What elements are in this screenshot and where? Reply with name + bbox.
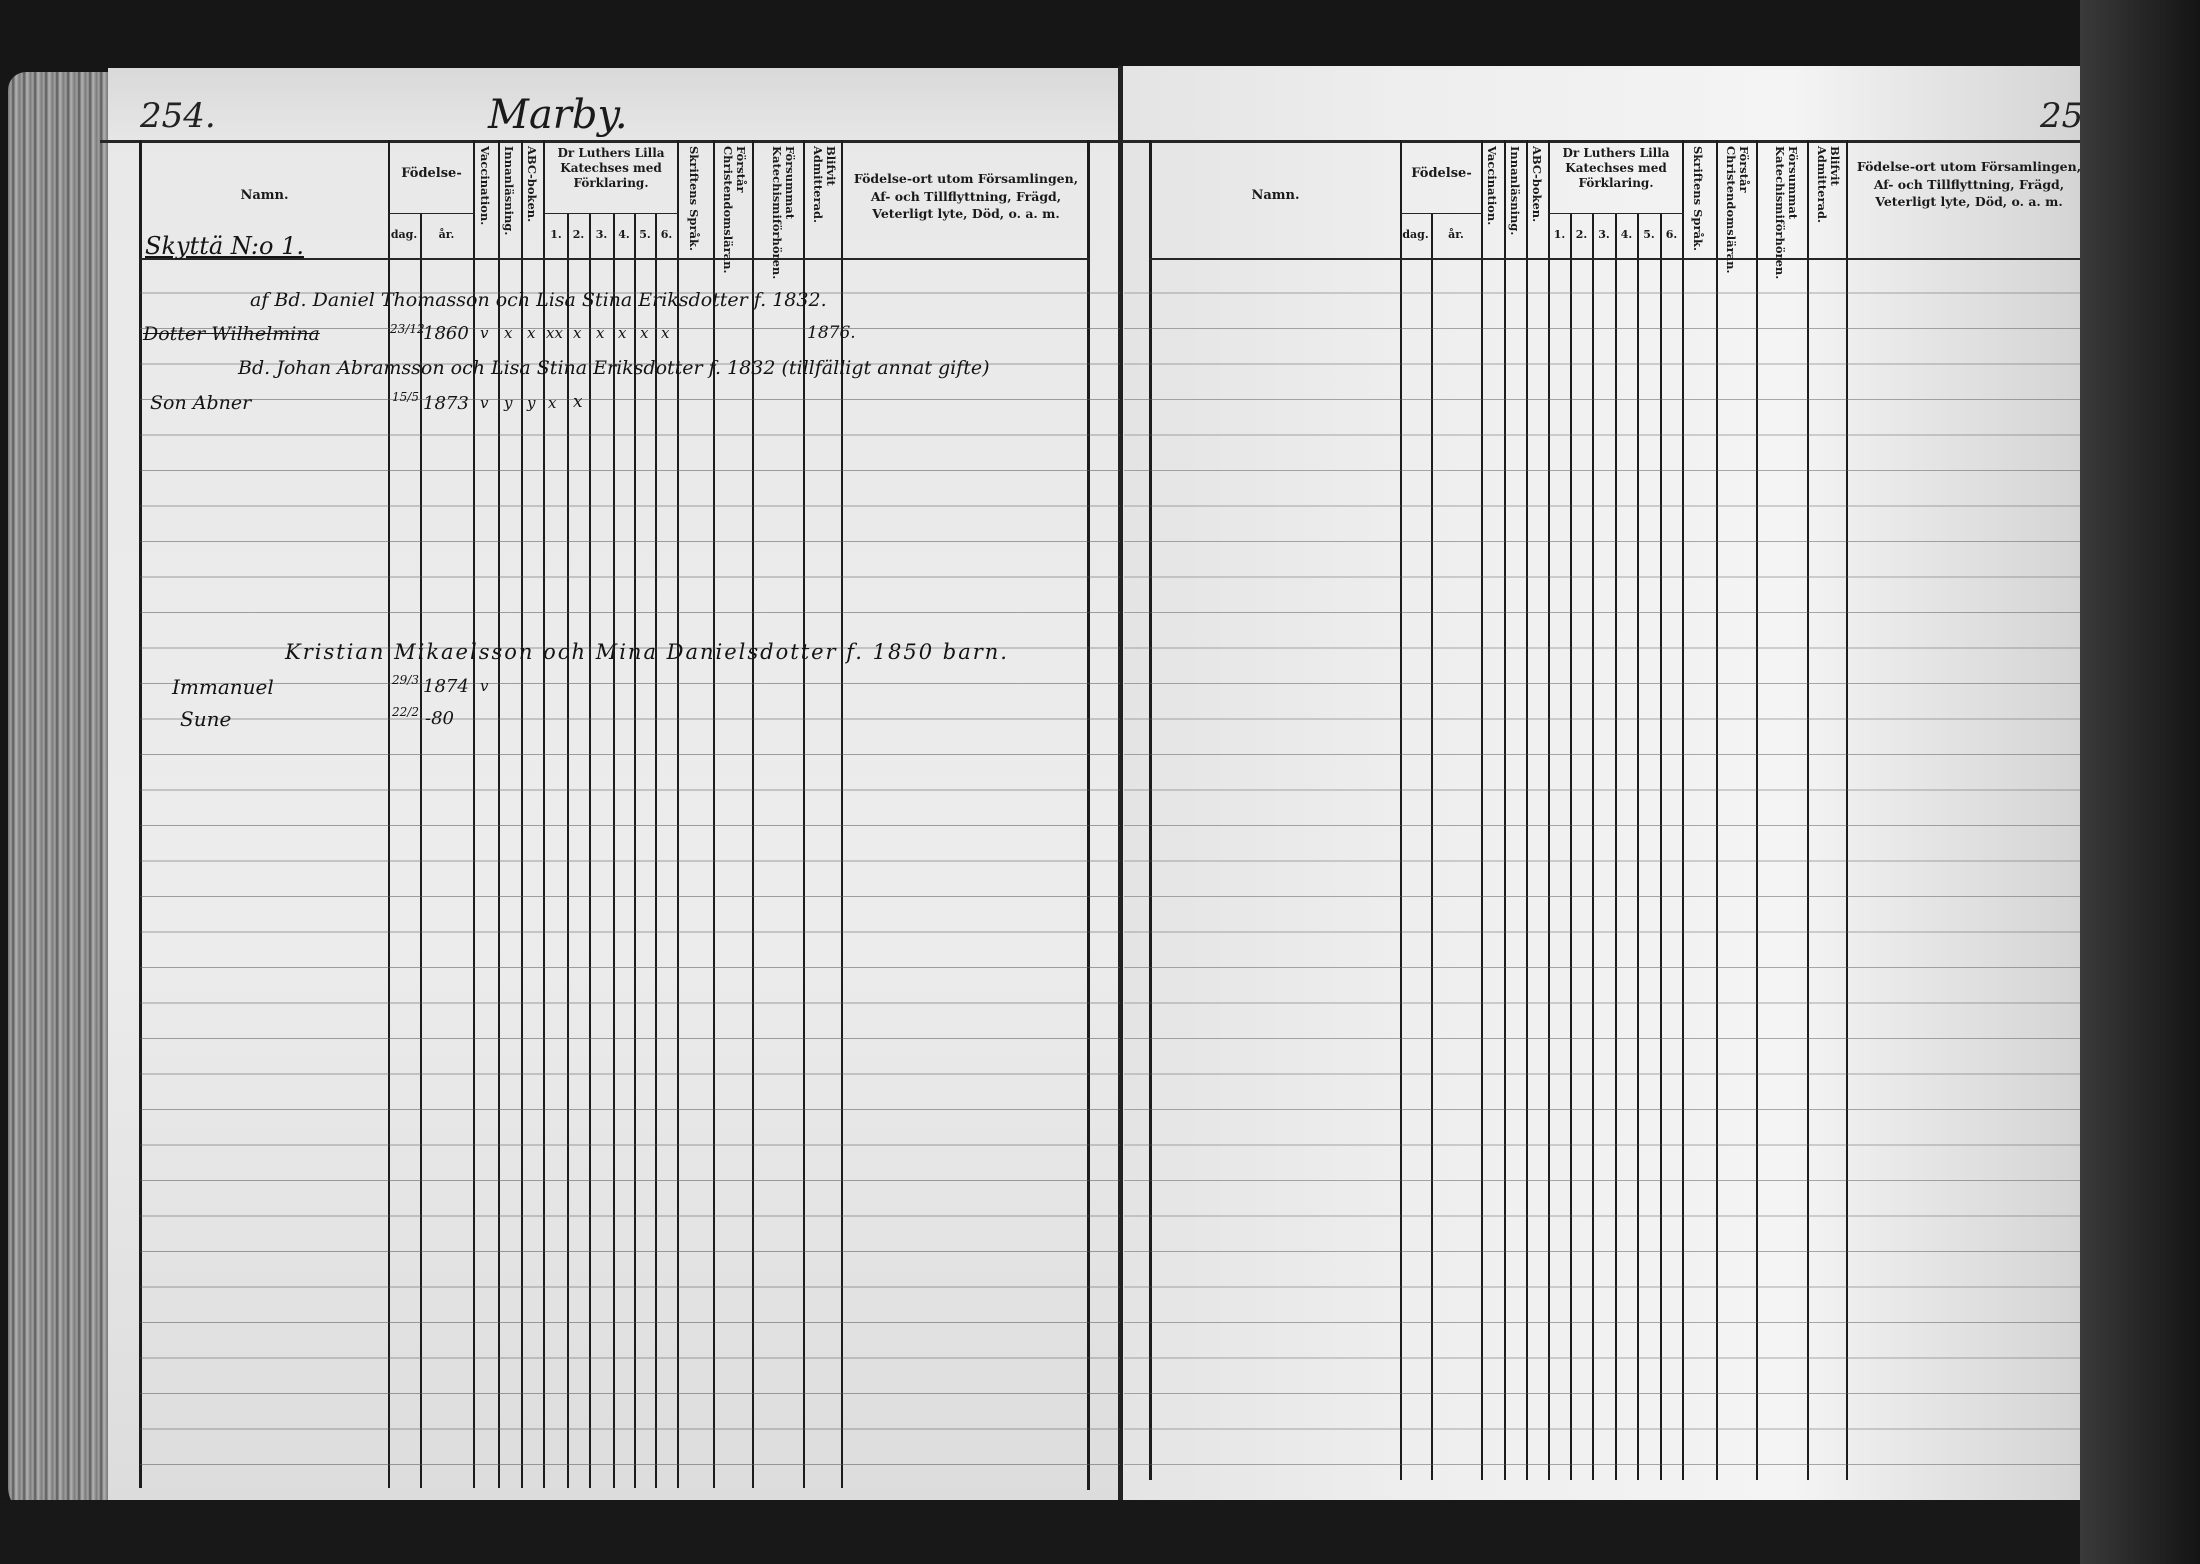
entry-admitted: 1876. bbox=[807, 323, 856, 343]
scan-background-right bbox=[2080, 0, 2200, 1564]
header-vaccination: Vaccination. bbox=[478, 146, 491, 254]
header-forsummat: Försummat Katechismiförhören. bbox=[1765, 146, 1799, 254]
right-top-rule bbox=[1122, 140, 2112, 143]
header-num-3: 3. bbox=[1593, 228, 1615, 242]
entry-child-dag: 22/2 bbox=[392, 705, 419, 719]
entry-mark-2: x bbox=[573, 324, 581, 342]
header-forstar: Förstår Christendomsläran. bbox=[1722, 146, 1750, 254]
header-luther: Dr Luthers Lilla Katechses med Förklarin… bbox=[545, 146, 677, 191]
fodelse-divider bbox=[1400, 213, 1483, 214]
header-num-4: 4. bbox=[614, 228, 634, 242]
header-abc-boken: ABC-boken. bbox=[525, 146, 538, 254]
entry-child-dag: 15/5 bbox=[392, 390, 419, 404]
entry-child-ar: 1873 bbox=[423, 393, 469, 414]
entry-child-name: Son Abner bbox=[150, 392, 251, 414]
farm-heading: Skyttä N:o 1. bbox=[145, 232, 304, 260]
entry-child-ar: 1874 bbox=[423, 676, 469, 697]
ruled-lines bbox=[1124, 258, 2100, 1480]
entry-mark-4: x bbox=[618, 324, 626, 342]
header-abc-boken: ABC-boken. bbox=[1530, 146, 1543, 254]
entry-mark-6: x bbox=[661, 324, 669, 342]
header-num-5: 5. bbox=[635, 228, 655, 242]
entry-parents-1: af Bd. Daniel Thomasson och Lisa Stina E… bbox=[250, 289, 827, 311]
header-namn: Namn. bbox=[141, 188, 388, 205]
entry-parents-3: Kristian Mikaelsson och Mina Danielsdott… bbox=[285, 640, 1009, 664]
header-skriftens-sprak: Skriftens Språk. bbox=[1691, 146, 1704, 254]
header-forstar: Förstår Christendomsläran. bbox=[719, 146, 747, 254]
entry-child-dag: 23/12 bbox=[390, 322, 425, 336]
header-num-5: 5. bbox=[1638, 228, 1660, 242]
entry-mark-innanlasning: x bbox=[504, 324, 512, 342]
header-num-1: 1. bbox=[545, 228, 567, 242]
entry-child-name: Sune bbox=[180, 707, 231, 731]
header-innanlasning: Innanläsning. bbox=[502, 146, 515, 254]
entry-child-name: Dotter Wilhelmina bbox=[143, 323, 320, 345]
header-fodelseort: Födelse-ort utom Församlingen, Af- och T… bbox=[1852, 158, 2086, 211]
entry-mark-vaccination: v bbox=[480, 324, 488, 342]
luther-divider bbox=[543, 213, 679, 214]
entry-mark-2: x bbox=[573, 392, 583, 412]
fodelse-divider bbox=[388, 213, 475, 214]
entry-child-name: Immanuel bbox=[172, 675, 274, 699]
header-num-6: 6. bbox=[1661, 228, 1682, 242]
left-top-rule bbox=[100, 140, 1120, 143]
entry-mark-abc: y bbox=[527, 394, 535, 412]
ruled-lines bbox=[140, 258, 1120, 1488]
header-forsummat: Försummat Katechismiförhören. bbox=[762, 146, 796, 254]
entry-mark-vaccination: v bbox=[480, 394, 488, 412]
scan-background-bottom bbox=[0, 1500, 2200, 1564]
header-num-1: 1. bbox=[1549, 228, 1570, 242]
header-num-3: 3. bbox=[590, 228, 613, 242]
parish-heading: Marby. bbox=[488, 92, 628, 138]
header-ar: år. bbox=[420, 228, 473, 242]
entry-mark-abc: x bbox=[527, 324, 535, 342]
entry-child-ar: -80 bbox=[425, 708, 454, 729]
entry-mark-1: x bbox=[548, 394, 556, 412]
luther-divider bbox=[1548, 213, 1684, 214]
header-blifvit: Blifvit Admitterad. bbox=[1813, 146, 1841, 254]
entry-child-dag: 29/3 bbox=[392, 673, 419, 687]
entry-mark-3: x bbox=[596, 324, 604, 342]
left-page-number: 254. bbox=[140, 96, 216, 136]
header-ar: år. bbox=[1431, 228, 1481, 242]
entry-child-ar: 1860 bbox=[423, 323, 469, 344]
header-num-6: 6. bbox=[656, 228, 677, 242]
entry-mark-5: x bbox=[640, 324, 648, 342]
header-num-2: 2. bbox=[1571, 228, 1592, 242]
entry-mark-vaccination: v bbox=[480, 677, 488, 695]
header-fodelse: Födelse- bbox=[390, 166, 473, 183]
header-namn: Namn. bbox=[1151, 188, 1400, 205]
header-num-4: 4. bbox=[1616, 228, 1637, 242]
header-fodelse: Födelse- bbox=[1402, 166, 1481, 183]
header-vaccination: Vaccination. bbox=[1485, 146, 1498, 254]
entry-parents-2: Bd. Johan Abramsson och Lisa Stina Eriks… bbox=[238, 357, 990, 379]
header-luther: Dr Luthers Lilla Katechses med Förklarin… bbox=[1550, 146, 1682, 191]
header-innanlasning: Innanläsning. bbox=[1508, 146, 1521, 254]
header-skriftens-sprak: Skriftens Språk. bbox=[687, 146, 700, 254]
header-dag: dag. bbox=[388, 228, 420, 242]
entry-mark-innanlasning: y bbox=[504, 394, 512, 412]
stacked-page-edges bbox=[8, 72, 112, 1517]
entry-mark-1: xx bbox=[546, 324, 563, 342]
header-dag: dag. bbox=[1400, 228, 1431, 242]
header-blifvit: Blifvit Admitterad. bbox=[809, 146, 837, 254]
header-num-2: 2. bbox=[568, 228, 589, 242]
header-fodelseort: Födelse-ort utom Församlingen, Af- och T… bbox=[850, 170, 1082, 223]
